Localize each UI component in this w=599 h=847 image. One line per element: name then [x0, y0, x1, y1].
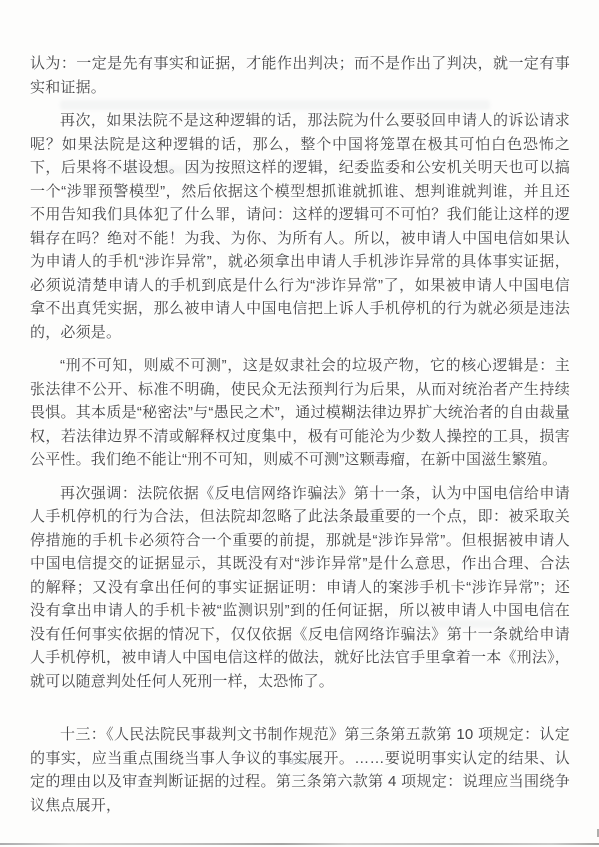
- paragraph-court-logic: 再次，如果法院不是这种逻辑的话，那法院为什么要驳回申请人的诉讼请求呢？如果法院是…: [30, 109, 570, 344]
- paragraph-continuation: 认为：一定是先有事实和证据，才能作出判决；而不是作出了判决，就一定有事实和证据。: [30, 52, 570, 99]
- document-body: 认为：一定是先有事实和证据，才能作出判决；而不是作出了判决，就一定有事实和证据。…: [30, 52, 570, 827]
- page-number: 9/10: [0, 756, 599, 766]
- scan-bottom-edge: [0, 843, 599, 845]
- scanned-document-page: 认为：一定是先有事实和证据，才能作出判决；而不是作出了判决，就一定有事实和证据。…: [0, 0, 599, 847]
- paragraph-emphasis-article-11: 再次强调：法院依据《反电信网络诈骗法》第十一条，认为中国电信给申请人手机停机的行…: [30, 482, 570, 694]
- paragraph-secret-law: “刑不可知，则威不可测”，这是奴隶社会的垃圾产物，它的核心逻辑是：主张法律不公开…: [30, 354, 570, 472]
- paragraph-item-thirteen: 十三：《人民法院民事裁判文书制作规范》第三条第五款第 10 项规定：认定的事实，…: [30, 723, 570, 817]
